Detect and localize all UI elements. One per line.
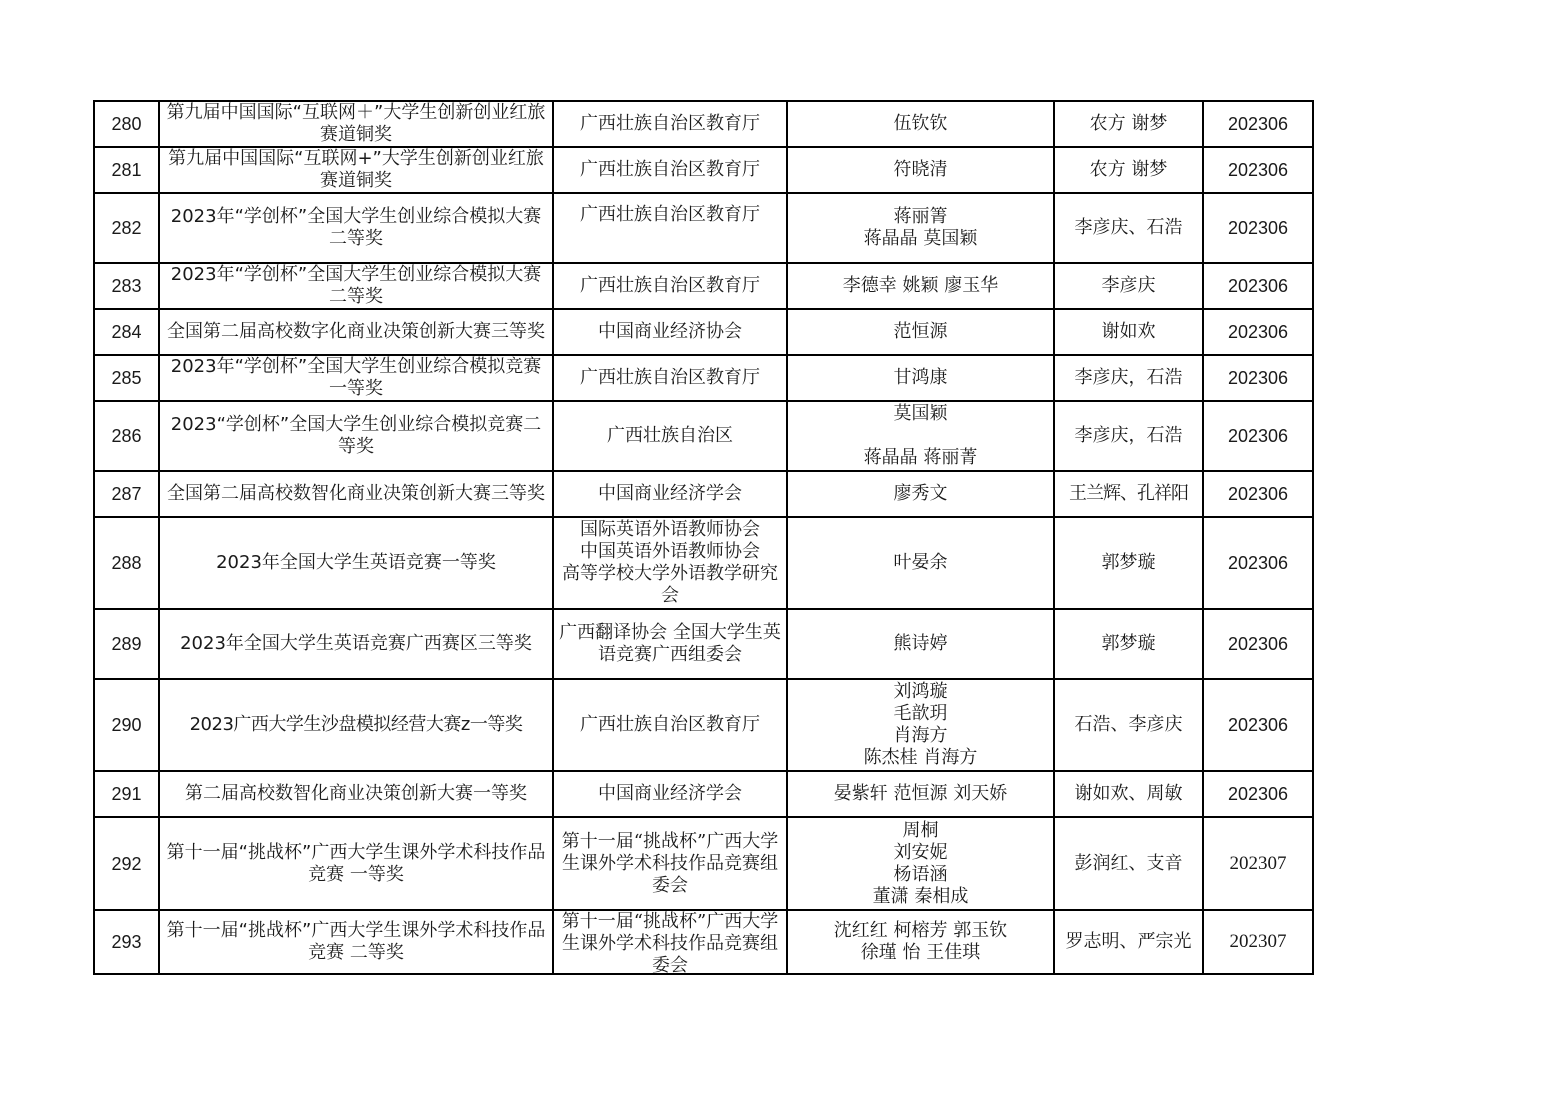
student-line: 周桐 (790, 820, 1051, 842)
table-row: 283 2023年“学创杯”全国大学生创业综合模拟大赛二等奖 广西壮族自治区教育… (94, 263, 1313, 309)
student-line: 毛歆玥 (790, 703, 1051, 725)
students: 李德幸 姚颖 廖玉华 (787, 263, 1054, 309)
student-line: 廖秀文 (790, 483, 1051, 505)
advisors: 谢如欢 (1054, 309, 1203, 355)
blank-line (790, 425, 1051, 447)
issuing-organization: 广西壮族自治区教育厅 (553, 355, 787, 401)
award-date: 202306 (1203, 193, 1313, 263)
student-line: 杨语涵 (790, 864, 1051, 886)
row-number: 286 (94, 401, 159, 471)
award-name: 第十一届“挑战杯”广西大学生课外学术科技作品竞赛 一等奖 (159, 817, 553, 910)
award-date: 202306 (1203, 609, 1313, 679)
student-line: 刘安妮 (790, 842, 1051, 864)
issuing-organization: 第十一届“挑战杯”广西大学生课外学术科技作品竞赛组委会 (553, 910, 787, 974)
row-number: 282 (94, 193, 159, 263)
row-number: 284 (94, 309, 159, 355)
award-name: 全国第二届高校数字化商业决策创新大赛三等奖 (159, 309, 553, 355)
org-text: 第十一届“挑战杯”广西大学生课外学术科技作品竞赛组委会 (556, 911, 784, 973)
students: 符晓清 (787, 147, 1054, 193)
award-date: 202306 (1203, 263, 1313, 309)
student-line: 蒋丽箐 (790, 206, 1051, 228)
award-name: 第十一届“挑战杯”广西大学生课外学术科技作品竞赛 二等奖 (159, 910, 553, 974)
row-number: 283 (94, 263, 159, 309)
award-date: 202306 (1203, 147, 1313, 193)
award-date: 202306 (1203, 471, 1313, 517)
students: 甘鸿康 (787, 355, 1054, 401)
advisors: 石浩、李彦庆 (1054, 679, 1203, 771)
award-name: 2023年“学创杯”全国大学生创业综合模拟大赛二等奖 (159, 193, 553, 263)
award-date: 202306 (1203, 401, 1313, 471)
award-date: 202306 (1203, 355, 1313, 401)
org-line: 高等学校大学外语教学研究会 (556, 563, 784, 607)
org-line: 国际英语外语教师协会 (556, 519, 784, 541)
student-line: 董潇 秦相成 (790, 886, 1051, 908)
table-row: 280 第九届中国国际“互联网＋”大学生创新创业红旅赛道铜奖 广西壮族自治区教育… (94, 101, 1313, 147)
row-number: 289 (94, 609, 159, 679)
advisors: 农方 谢梦 (1054, 147, 1203, 193)
award-name: 全国第二届高校数智化商业决策创新大赛三等奖 (159, 471, 553, 517)
students: 熊诗婷 (787, 609, 1054, 679)
students: 沈红红 柯榕芳 郭玉钦 徐瑾 怡 王佳琪 (787, 910, 1054, 974)
student-line: 范恒源 (790, 321, 1051, 343)
advisors: 李彦庆 (1054, 263, 1203, 309)
issuing-organization: 广西壮族自治区 (553, 401, 787, 471)
student-line: 肖海方 (790, 725, 1051, 747)
issuing-organization: 第十一届“挑战杯”广西大学生课外学术科技作品竞赛组委会 (553, 817, 787, 910)
student-line: 刘鸿璇 (790, 681, 1051, 703)
table-row: 287 全国第二届高校数智化商业决策创新大赛三等奖 中国商业经济学会 廖秀文 王… (94, 471, 1313, 517)
student-line: 陈杰桂 肖海方 (790, 747, 1051, 769)
students: 蒋丽箐 蒋晶晶 莫国颖 (787, 193, 1054, 263)
advisors: 李彦庆，石浩 (1054, 355, 1203, 401)
award-name: 第九届中国国际“互联网＋”大学生创新创业红旅赛道铜奖 (159, 101, 553, 147)
award-date: 202306 (1203, 101, 1313, 147)
issuing-organization: 广西壮族自治区教育厅 (553, 101, 787, 147)
awards-table: 280 第九届中国国际“互联网＋”大学生创新创业红旅赛道铜奖 广西壮族自治区教育… (93, 100, 1314, 975)
issuing-organization: 广西壮族自治区教育厅 (553, 147, 787, 193)
row-number: 293 (94, 910, 159, 974)
advisors: 郭梦璇 (1054, 517, 1203, 609)
issuing-organization: 广西壮族自治区教育厅 (553, 193, 787, 263)
table-row: 282 2023年“学创杯”全国大学生创业综合模拟大赛二等奖 广西壮族自治区教育… (94, 193, 1313, 263)
award-name: 2023年“学创杯”全国大学生创业综合模拟大赛二等奖 (159, 263, 553, 309)
row-number: 281 (94, 147, 159, 193)
advisors: 李彦庆、石浩 (1054, 193, 1203, 263)
table-row: 293 第十一届“挑战杯”广西大学生课外学术科技作品竞赛 二等奖 第十一届“挑战… (94, 910, 1313, 974)
issuing-organization: 国际英语外语教师协会 中国英语外语教师协会 高等学校大学外语教学研究会 (553, 517, 787, 609)
student-line: 甘鸿康 (790, 367, 1051, 389)
advisors: 罗志明、严宗光 (1054, 910, 1203, 974)
advisors: 王兰辉、孔祥阳 (1054, 471, 1203, 517)
table-row: 281 第九届中国国际“互联网+”大学生创新创业红旅赛道铜奖 广西壮族自治区教育… (94, 147, 1313, 193)
award-name: 2023年“学创杯”全国大学生创业综合模拟竞赛一等奖 (159, 355, 553, 401)
award-name: 2023“学创杯”全国大学生创业综合模拟竞赛二等奖 (159, 401, 553, 471)
row-number: 280 (94, 101, 159, 147)
student-line: 蒋晶晶 莫国颖 (790, 228, 1051, 250)
student-line: 叶晏余 (790, 552, 1051, 574)
row-number: 292 (94, 817, 159, 910)
advisors: 谢如欢、周敏 (1054, 771, 1203, 817)
student-line: 莫国颖 (790, 403, 1051, 425)
org-line: 中国英语外语教师协会 (556, 541, 784, 563)
award-date: 202307 (1203, 910, 1313, 974)
row-number: 287 (94, 471, 159, 517)
table-row: 285 2023年“学创杯”全国大学生创业综合模拟竞赛一等奖 广西壮族自治区教育… (94, 355, 1313, 401)
table-row: 288 2023年全国大学生英语竞赛一等奖 国际英语外语教师协会 中国英语外语教… (94, 517, 1313, 609)
issuing-organization: 广西壮族自治区教育厅 (553, 679, 787, 771)
issuing-organization: 广西翻译协会 全国大学生英语竞赛广西组委会 (553, 609, 787, 679)
award-date: 202306 (1203, 309, 1313, 355)
award-date: 202306 (1203, 771, 1313, 817)
advisors: 郭梦璇 (1054, 609, 1203, 679)
award-name: 2023广西大学生沙盘模拟经营大赛z一等奖 (159, 679, 553, 771)
table-row: 289 2023年全国大学生英语竞赛广西赛区三等奖 广西翻译协会 全国大学生英语… (94, 609, 1313, 679)
student-line: 李德幸 姚颖 廖玉华 (790, 275, 1051, 297)
student-line: 符晓清 (790, 159, 1051, 181)
table-row: 290 2023广西大学生沙盘模拟经营大赛z一等奖 广西壮族自治区教育厅 刘鸿璇… (94, 679, 1313, 771)
student-line: 晏紫轩 范恒源 刘天娇 (790, 783, 1051, 805)
issuing-organization: 中国商业经济学会 (553, 771, 787, 817)
student-line: 熊诗婷 (790, 633, 1051, 655)
award-name: 2023年全国大学生英语竞赛广西赛区三等奖 (159, 609, 553, 679)
students: 范恒源 (787, 309, 1054, 355)
advisors: 彭润红、支音 (1054, 817, 1203, 910)
students: 刘鸿璇 毛歆玥 肖海方 陈杰桂 肖海方 (787, 679, 1054, 771)
row-number: 285 (94, 355, 159, 401)
issuing-organization: 中国商业经济协会 (553, 309, 787, 355)
award-date: 202307 (1203, 817, 1313, 910)
award-name: 2023年全国大学生英语竞赛一等奖 (159, 517, 553, 609)
issuing-organization: 广西壮族自治区教育厅 (553, 263, 787, 309)
student-line: 伍钦钦 (790, 113, 1051, 135)
advisors: 农方 谢梦 (1054, 101, 1203, 147)
student-line: 沈红红 柯榕芳 郭玉钦 (790, 920, 1051, 942)
award-date: 202306 (1203, 679, 1313, 771)
table-row: 291 第二届高校数智化商业决策创新大赛一等奖 中国商业经济学会 晏紫轩 范恒源… (94, 771, 1313, 817)
students: 莫国颖 蒋晶晶 蒋丽菁 (787, 401, 1054, 471)
row-number: 288 (94, 517, 159, 609)
students: 叶晏余 (787, 517, 1054, 609)
students: 晏紫轩 范恒源 刘天娇 (787, 771, 1054, 817)
issuing-organization: 中国商业经济学会 (553, 471, 787, 517)
award-date: 202306 (1203, 517, 1313, 609)
row-number: 290 (94, 679, 159, 771)
row-number: 291 (94, 771, 159, 817)
awards-table-body: 280 第九届中国国际“互联网＋”大学生创新创业红旅赛道铜奖 广西壮族自治区教育… (94, 101, 1313, 974)
students: 廖秀文 (787, 471, 1054, 517)
students: 周桐 刘安妮 杨语涵 董潇 秦相成 (787, 817, 1054, 910)
award-name: 第九届中国国际“互联网+”大学生创新创业红旅赛道铜奖 (159, 147, 553, 193)
table-row: 292 第十一届“挑战杯”广西大学生课外学术科技作品竞赛 一等奖 第十一届“挑战… (94, 817, 1313, 910)
table-row: 284 全国第二届高校数字化商业决策创新大赛三等奖 中国商业经济协会 范恒源 谢… (94, 309, 1313, 355)
students: 伍钦钦 (787, 101, 1054, 147)
student-line: 蒋晶晶 蒋丽菁 (790, 447, 1051, 469)
award-name: 第二届高校数智化商业决策创新大赛一等奖 (159, 771, 553, 817)
table-row: 286 2023“学创杯”全国大学生创业综合模拟竞赛二等奖 广西壮族自治区 莫国… (94, 401, 1313, 471)
advisors: 李彦庆，石浩 (1054, 401, 1203, 471)
student-line: 徐瑾 怡 王佳琪 (790, 942, 1051, 964)
